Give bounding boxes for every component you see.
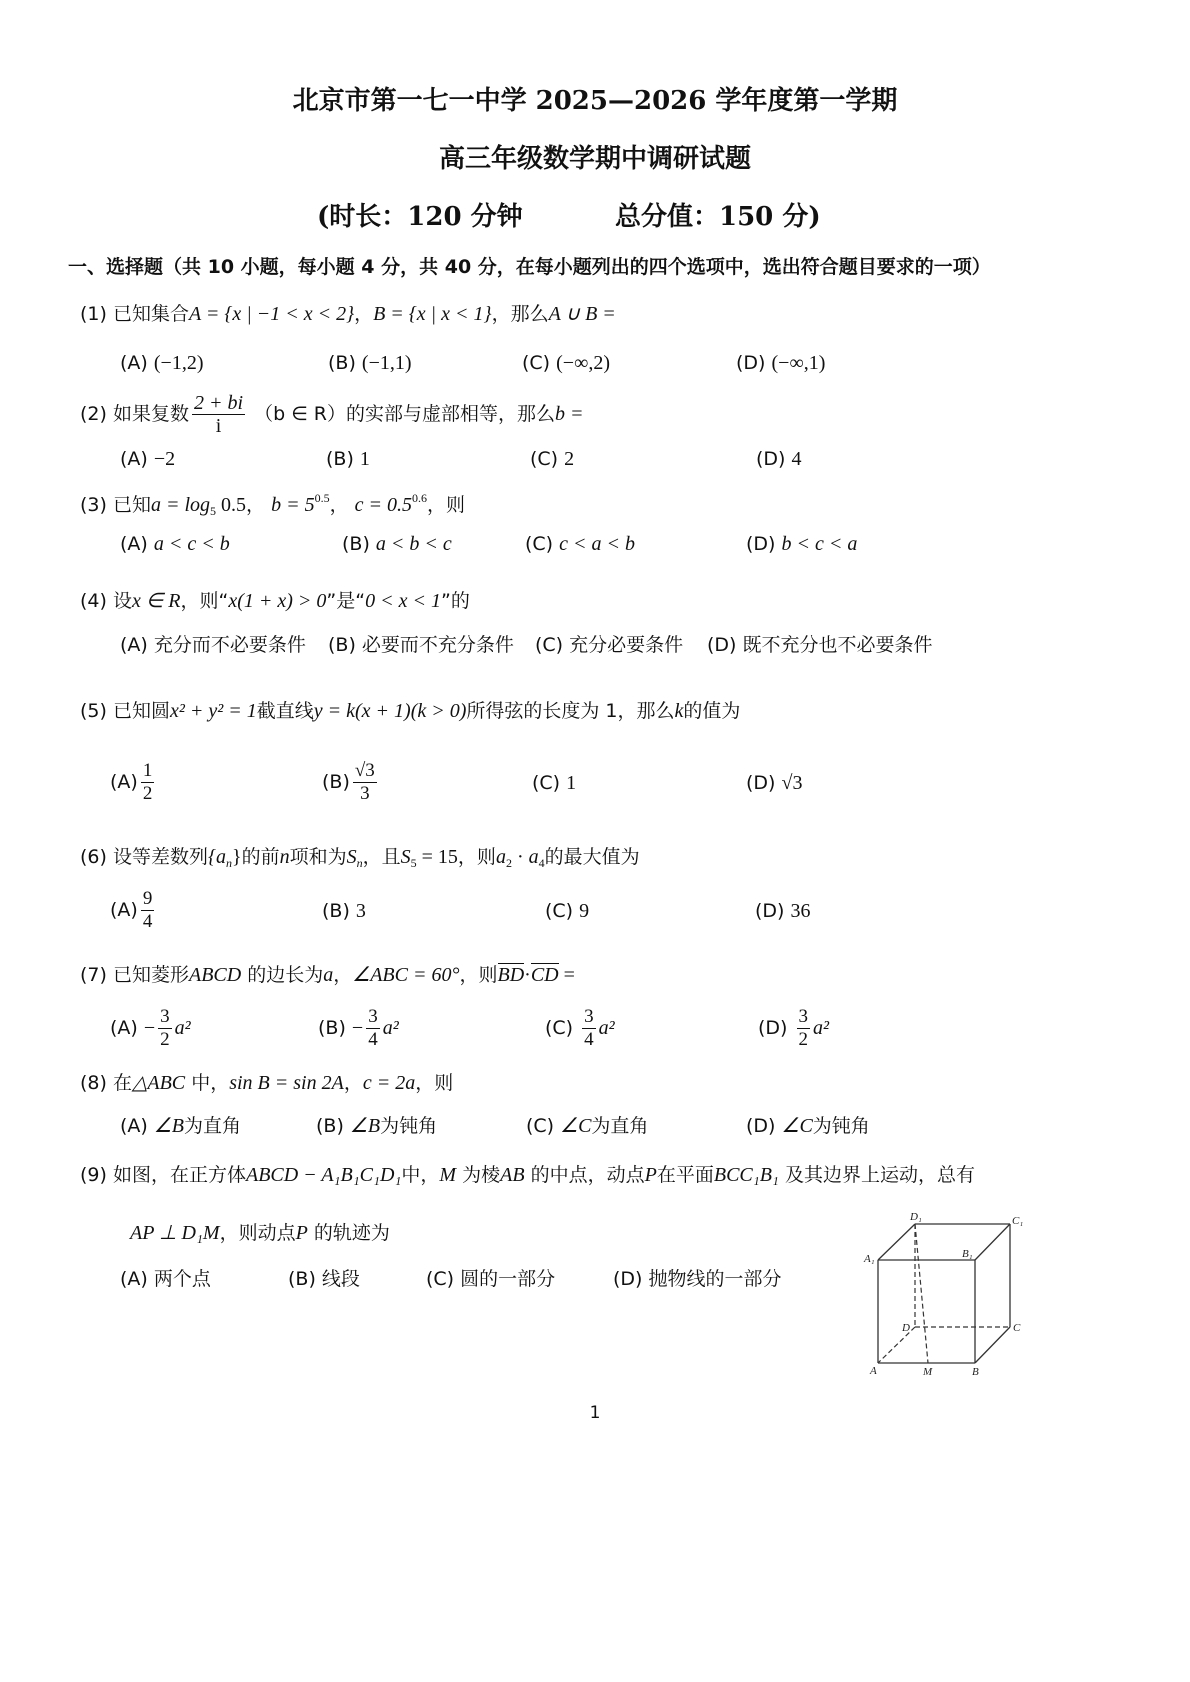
label-a1: A₁ [863, 1253, 875, 1265]
option-6c[interactable]: (C) 9 [545, 900, 589, 923]
option-5b[interactable]: (B)√33 [322, 760, 380, 805]
option-2c[interactable]: (C) 2 [530, 448, 574, 471]
exam-title-subject: 高三年级数学期中调研试题 [0, 138, 1190, 175]
question-3: (3) 已知a = log5 0.5， b = 50.5， c = 0.50.6… [80, 490, 465, 519]
option-5c[interactable]: (C) 1 [532, 772, 576, 795]
option-2d[interactable]: (D) 4 [756, 448, 802, 471]
option-9d[interactable]: (D) 抛物线的一部分 [613, 1264, 782, 1291]
section-heading: 一、选择题（共 10 小题，每小题 4 分，共 40 分，在每小题列出的四个选项… [68, 252, 991, 279]
option-6b[interactable]: (B) 3 [322, 900, 366, 923]
label-c: C [1013, 1322, 1021, 1334]
option-2a[interactable]: (A) −2 [120, 448, 175, 471]
option-3d[interactable]: (D) b < c < a [746, 533, 857, 556]
option-1d[interactable]: (D) (−∞,1) [736, 352, 825, 375]
question-9: (9) 如图，在正方体ABCD − A₁B₁C₁D₁中，M 为棱AB 的中点，动… [80, 1160, 975, 1187]
label-a: A [869, 1365, 877, 1377]
question-8: (8) 在△ABC 中，sin B = sin 2A，c = 2a，则 [80, 1068, 453, 1095]
option-6a[interactable]: (A)94 [110, 888, 157, 933]
vector-cd: CD [531, 963, 559, 986]
option-8c[interactable]: (C) ∠C为直角 [526, 1111, 648, 1138]
question-4: (4) 设x ∈ R，则“x(1 + x) > 0”是“0 < x < 1”的 [80, 586, 470, 613]
question-5: (5) 已知圆x² + y² = 1截直线y = k(x + 1)(k > 0)… [80, 696, 740, 723]
vector-bd: BD [498, 963, 525, 986]
label-c1: C₁ [1012, 1215, 1023, 1227]
page-number: 1 [0, 1403, 1190, 1423]
cube-figure: D₁ C₁ A₁ B₁ D C A M B [860, 1210, 1030, 1380]
option-7b[interactable]: (B) −34a² [318, 1006, 399, 1051]
question-7: (7) 已知菱形ABCD 的边长为a，∠ABC = 60°，则BD·CD = [80, 960, 575, 987]
option-1c[interactable]: (C) (−∞,2) [522, 352, 610, 375]
fraction: 2 + bii [192, 392, 245, 437]
question-6: (6) 设等差数列{an}的前n项和为Sn，且S5 = 15，则a2 · a4的… [80, 842, 640, 871]
option-3c[interactable]: (C) c < a < b [525, 533, 635, 556]
exam-total-score: 总分值：150 分) [615, 196, 821, 233]
option-9c[interactable]: (C) 圆的一部分 [426, 1264, 555, 1291]
option-5a[interactable]: (A)12 [110, 760, 157, 805]
option-1b[interactable]: (B) (−1,1) [328, 352, 412, 375]
option-3b[interactable]: (B) a < b < c [342, 533, 452, 556]
option-5d[interactable]: (D) √3 [746, 772, 803, 795]
option-7a[interactable]: (A) −32a² [110, 1006, 191, 1051]
option-8d[interactable]: (D) ∠C为钝角 [746, 1111, 870, 1138]
option-6d[interactable]: (D) 36 [755, 900, 811, 923]
question-number: (1) [80, 303, 107, 325]
question-2: (2) 如果复数2 + bii （b ∈ R）的实部与虚部相等，那么b = [80, 392, 584, 437]
label-d: D [901, 1322, 910, 1334]
question-9-line2: AP ⊥ D₁M，则动点P 的轨迹为 [130, 1218, 390, 1245]
option-9b[interactable]: (B) 线段 [288, 1264, 360, 1291]
option-8a[interactable]: (A) ∠B为直角 [120, 1111, 241, 1138]
label-m: M [922, 1366, 933, 1378]
label-b: B [972, 1366, 979, 1378]
option-4d[interactable]: (D) 既不充分也不必要条件 [707, 630, 933, 657]
option-7d[interactable]: (D) 32a² [758, 1006, 829, 1051]
question-1: (1) 已知集合A = {x | −1 < x < 2}，B = {x | x … [80, 299, 616, 326]
option-3a[interactable]: (A) a < c < b [120, 533, 230, 556]
option-8b[interactable]: (B) ∠B为钝角 [316, 1111, 437, 1138]
option-2b[interactable]: (B) 1 [326, 448, 370, 471]
option-9a[interactable]: (A) 两个点 [120, 1264, 211, 1291]
option-4a[interactable]: (A) 充分而不必要条件 [120, 630, 306, 657]
option-4b[interactable]: (B) 必要而不充分条件 [328, 630, 514, 657]
option-4c[interactable]: (C) 充分必要条件 [535, 630, 683, 657]
label-d1: D₁ [909, 1211, 922, 1223]
exam-title-school: 北京市第一七一中学 2025—2026 学年度第一学期 [0, 80, 1190, 117]
option-1a[interactable]: (A) (−1,2) [120, 352, 203, 375]
exam-duration: (时长：120 分钟 [317, 196, 523, 233]
label-b1: B₁ [962, 1248, 973, 1260]
option-7c[interactable]: (C) 34a² [545, 1006, 615, 1051]
